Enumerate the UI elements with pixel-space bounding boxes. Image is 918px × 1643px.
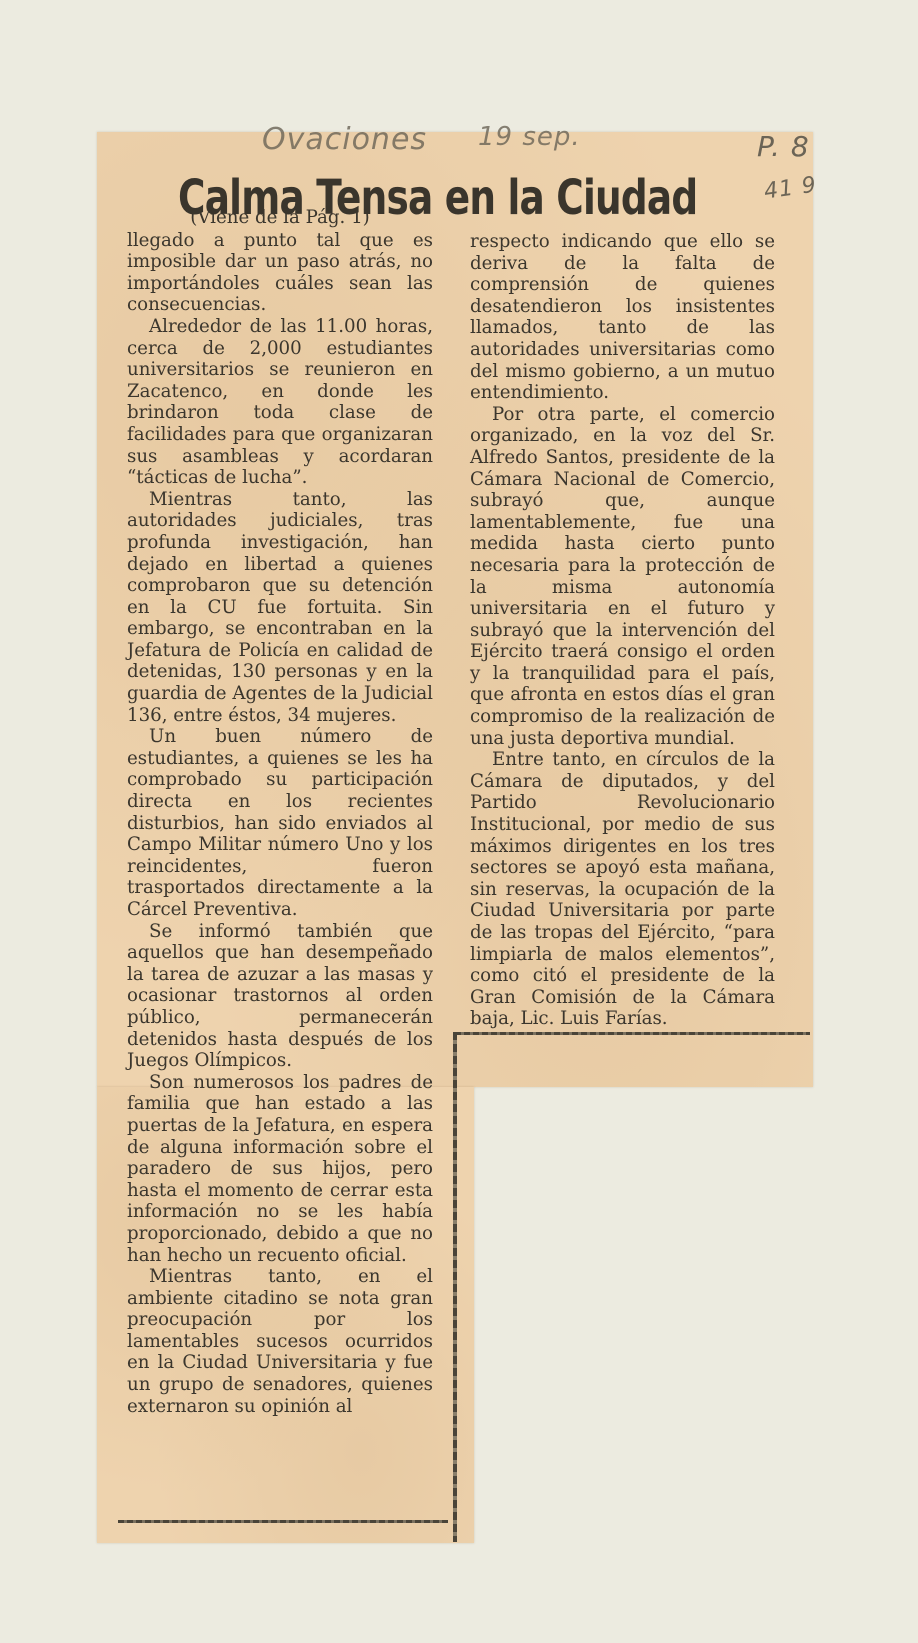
article-column-left: (Viene de la Pág. 1) llegado a punto tal… — [127, 207, 433, 1417]
paragraph: Por otra parte, el comercio organizado, … — [470, 404, 775, 750]
paragraph: Entre tanto, en círculos de la Cámara de… — [470, 749, 775, 1030]
paragraph: respecto indicando que ello se deriva de… — [470, 231, 775, 404]
continued-from-note: (Viene de la Pág. 1) — [127, 207, 433, 229]
bottom-rule — [118, 1520, 448, 1523]
handwritten-source-note: Ovaciones — [262, 122, 427, 157]
column-end-rule — [455, 1032, 810, 1035]
article-column-right: respecto indicando que ello se deriva de… — [470, 231, 775, 1030]
paragraph: Son numerosos los padres de familia que … — [127, 1072, 433, 1266]
paragraph: Alrededor de las 11.00 horas, cerca de 2… — [127, 316, 433, 489]
paragraph: Un buen número de estudiantes, a quienes… — [127, 726, 433, 920]
column-divider-rule — [453, 1032, 457, 1542]
paragraph: llegado a punto tal que es imposible dar… — [127, 230, 433, 316]
paragraph: Mientras tanto, en el ambiente citadino … — [127, 1266, 433, 1417]
handwritten-page-note: P. 8 — [757, 130, 810, 163]
paragraph: Mientras tanto, las autoridades judicial… — [127, 489, 433, 727]
paragraph: Se informó también que aquellos que han … — [127, 921, 433, 1072]
handwritten-date-note: 19 sep. — [478, 122, 581, 152]
